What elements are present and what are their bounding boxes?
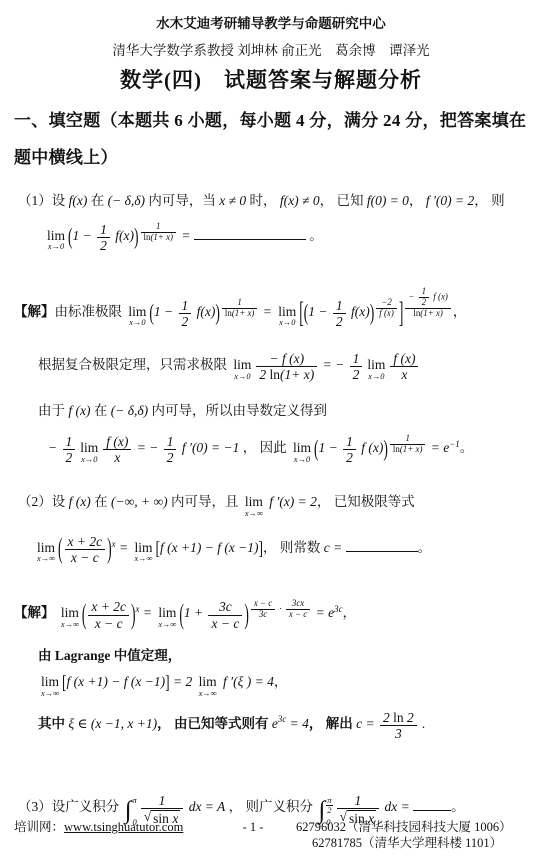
fraction-denominator: 2 (333, 314, 346, 329)
roman-math-run: ln (393, 444, 400, 454)
fraction: 12 (333, 298, 346, 329)
math-run: (− δ,δ) (108, 193, 145, 208)
solution-2-line-2: 由 Lagrange 中值定理， (38, 647, 528, 665)
math-run: 2 (346, 450, 353, 465)
math-run: f ′(ξ ) = 4 (220, 674, 274, 689)
limit-operator: limx→0 (367, 358, 385, 381)
text-run: 内可导，且 (168, 494, 242, 509)
fraction-numerator: 1 (343, 434, 356, 450)
answer-blank (346, 540, 418, 552)
math-run: 2 (404, 710, 414, 725)
big-delimiter: [ (155, 539, 160, 558)
text-run: 由标准极限 (55, 304, 126, 319)
solution-1-line-3: 由于 f (x) 在 (− δ,δ) 内可导，所以由导数定义得到 (38, 402, 528, 420)
math-run: 3c (334, 604, 342, 614)
big-delimiter: ) (244, 600, 249, 628)
limit-operator: limx→∞ (61, 606, 79, 629)
math-run: f ′(0) = 2 (426, 193, 474, 208)
fraction: x + 2cx − c (65, 534, 106, 565)
text-run: ， 因此 (239, 440, 290, 455)
fraction-denominator: ln(1+ x) (222, 309, 258, 319)
big-delimiter: [ (62, 674, 67, 693)
math-run: 1 + (184, 605, 207, 620)
fraction-denominator: 2 (179, 314, 192, 329)
math-run: 1 (346, 434, 353, 449)
answer-blank (194, 228, 306, 240)
problem-2-formula: limx→∞(x + 2cx − c)x = limx→∞[f (x +1) −… (34, 534, 528, 565)
math-run: f (x) (68, 403, 90, 418)
math-run: f(x) (69, 193, 88, 208)
answer-blank (413, 799, 451, 811)
big-delimiter: ) (107, 535, 112, 563)
limit-word: lim (128, 305, 146, 319)
text-run: ， 已知 (320, 193, 367, 208)
math-run: (1+ x) (232, 308, 255, 318)
fraction-numerator: x + 2c (65, 534, 106, 550)
math-run: = − (319, 357, 347, 372)
math-run: f(x) ≠ 0 (280, 193, 320, 208)
math-run: 2 (383, 710, 393, 725)
math-run: = (116, 540, 132, 555)
document-page: 水木艾迪考研辅导教学与命题研究中心 清华大学数学系教授 刘坤林 俞正光 葛余博 … (0, 0, 540, 867)
fraction-denominator: x − c (88, 616, 129, 631)
fraction-denominator: 2 (419, 298, 429, 308)
limit-subscript: x→0 (293, 455, 311, 464)
fraction-denominator: f (x) (376, 309, 397, 319)
fraction: −2f (x) (376, 298, 397, 319)
text-run: 。 (460, 440, 474, 455)
math-run: 1 (182, 298, 189, 313)
fraction: x − c3c (251, 599, 275, 620)
math-run: 2 (100, 238, 107, 253)
big-delimiter: ] (399, 298, 404, 328)
page-footer: 培训网：www.tsinghuatutor.com - 1 - 62796032… (14, 820, 532, 851)
fraction-denominator: x − c (208, 616, 242, 631)
math-run: 1 (100, 222, 107, 237)
footer-phone-2: 62781785（清华大学理科楼 1101） (312, 836, 532, 852)
text-run: ， (409, 193, 426, 208)
limit-operator: limx→∞ (37, 541, 55, 564)
math-run: f (x +1) − f (x −1) (67, 674, 166, 689)
math-run: 1 (159, 793, 166, 808)
superscript: 1ln(1+ x) (220, 298, 260, 319)
big-delimiter: ( (82, 600, 87, 628)
math-run: f ′(0) = −1 (178, 440, 239, 455)
integral-upper-limit: π2 (326, 796, 332, 814)
math-run: 3c (219, 599, 232, 614)
solution-1-line-4: − 12limx→0f (x)x = − 12 f ′(0) = −1 ， 因此… (48, 434, 528, 465)
fraction-denominator: 2 (63, 450, 76, 465)
fraction-denominator: 3c (251, 610, 275, 620)
fraction: 12 (97, 222, 110, 253)
math-run: = e (312, 605, 334, 620)
fraction-denominator: x − c (65, 550, 106, 565)
text-run: 在 (91, 494, 111, 509)
superscript: −1 (449, 440, 459, 449)
big-delimiter: ) (134, 225, 139, 248)
text-run: （2）设 (18, 494, 69, 509)
big-delimiter: ( (149, 301, 154, 324)
fraction: 12 (164, 434, 177, 465)
limit-word: lim (37, 541, 55, 555)
big-delimiter: ] (259, 539, 264, 558)
fraction: 12 (419, 287, 429, 308)
limit-word: lim (47, 229, 65, 243)
math-run: = (178, 228, 194, 243)
math-run: · (277, 604, 284, 614)
math-run: = − (133, 440, 161, 455)
limit-word: lim (61, 606, 79, 620)
math-run: (−∞, + ∞) (111, 494, 168, 509)
limit-subscript: x→0 (128, 318, 146, 327)
text-run: ， (274, 674, 288, 689)
fraction: 1ln(1+ x) (222, 298, 258, 319)
fraction-numerator: 3c (208, 599, 242, 615)
math-run: f (x) (379, 308, 394, 318)
limit-word: lim (278, 305, 296, 319)
fraction: x + 2cx − c (88, 599, 129, 630)
fraction-denominator: 2 (326, 806, 332, 815)
math-run: −2 (381, 297, 391, 307)
math-run: f(0) = 0 (367, 193, 409, 208)
math-run: 2 (327, 805, 331, 815)
math-run: − (408, 292, 416, 302)
solution-2-line-3: limx→∞[f (x +1) − f (x −1)] = 2 limx→∞ f… (38, 673, 528, 698)
problem-2-statement: （2）设 f (x) 在 (−∞, + ∞) 内可导，且 limx→∞ f ′(… (18, 493, 528, 518)
roman-math-run: ln (270, 367, 281, 382)
math-run: f (x) (106, 434, 128, 449)
math-run: 1 (66, 434, 73, 449)
limit-subscript: x→∞ (134, 554, 152, 563)
math-run: ξ ∈ (x −1, x +1) (68, 716, 157, 731)
limit-subscript: x→∞ (245, 509, 263, 518)
limit-word: lim (293, 441, 311, 455)
text-run: ， (453, 304, 467, 319)
fraction-numerator: 1 (179, 298, 192, 314)
math-run: . (419, 716, 426, 731)
fraction: 2 ln 23 (380, 710, 417, 741)
math-run: x + 2c (68, 534, 103, 549)
math-run: dx = A (185, 799, 225, 814)
math-run: f(x) (348, 304, 370, 319)
bold-text-run: 【解】 (14, 605, 58, 620)
fraction: f (x)x (390, 351, 418, 382)
math-run: f (x) (358, 440, 383, 455)
math-run: f(x) (112, 228, 134, 243)
fraction: π2 (326, 796, 332, 814)
math-run: 3cx (292, 598, 304, 608)
math-run: 2 (353, 367, 360, 382)
big-delimiter: ( (58, 535, 63, 563)
limit-word: lim (367, 358, 385, 372)
fraction-denominator: ln(1+ x) (405, 309, 451, 319)
superscript: x − c3c · 3cxx − c (249, 599, 312, 620)
math-run: x − c (254, 598, 272, 608)
fraction-numerator: f (x) (390, 351, 418, 367)
big-delimiter: ] (165, 674, 170, 693)
fraction: − 12 f (x)ln(1+ x) (405, 287, 451, 319)
bold-text-run: 其中 (38, 716, 68, 731)
limit-subscript: x→0 (278, 318, 296, 327)
math-run: 1 (353, 351, 360, 366)
fraction-denominator: 3 (380, 726, 417, 741)
fraction-denominator: 2 (350, 367, 363, 382)
math-run: −1 (449, 439, 459, 449)
math-run: 1 (237, 297, 241, 307)
text-run: 。 (451, 799, 465, 814)
math-run: f (x +1) − f (x −1) (160, 540, 259, 555)
math-run: 3 (395, 726, 402, 741)
limit-operator: limx→∞ (158, 606, 176, 629)
math-run: c = (356, 716, 378, 731)
limit-word: lim (80, 441, 98, 455)
footer-site: 培训网：www.tsinghuatutor.com (14, 820, 210, 851)
fraction-denominator: x (390, 367, 418, 382)
fraction-numerator: 1 (350, 351, 363, 367)
math-run: 1 (422, 286, 426, 296)
text-run: ， (343, 605, 357, 620)
text-run: 。 (306, 228, 323, 243)
limit-operator: limx→0 (47, 229, 65, 252)
math-run: x − c (95, 616, 123, 631)
solution-2-line-1: 【解】 limx→∞(x + 2cx − c)x = limx→∞(1 + 3c… (14, 599, 528, 630)
fraction-numerator: − 12 f (x) (405, 287, 451, 309)
fraction-numerator: 1 (97, 222, 110, 238)
math-run: π (132, 795, 136, 805)
bold-text-run: 由 Lagrange 中值定理， (38, 648, 181, 663)
footer-site-label: 培训网： (14, 820, 64, 834)
math-run: 1 (354, 793, 361, 808)
text-run: 在 (87, 193, 107, 208)
math-run: 1 − (73, 228, 96, 243)
problem-1-statement: （1）设 f(x) 在 (− δ,δ) 内可导，当 x ≠ 0 时， f(x) … (18, 192, 528, 210)
math-run: x − c (289, 609, 307, 619)
big-delimiter: ( (314, 438, 319, 461)
math-run: f (x) (69, 494, 91, 509)
integral-upper-limit: π (132, 796, 136, 805)
page-number: - 1 - (210, 820, 296, 851)
limit-operator: limx→∞ (245, 495, 263, 518)
limit-subscript: x→0 (80, 455, 98, 464)
math-run: = e (427, 440, 449, 455)
text-run: ， 则常数 (263, 540, 324, 555)
math-run: f (x) (431, 292, 448, 302)
math-run: dx = (381, 799, 413, 814)
fraction: 3cx − c (208, 599, 242, 630)
limit-operator: limx→∞ (199, 675, 217, 698)
roman-math-run: ln (225, 308, 232, 318)
big-delimiter: ( (179, 600, 184, 628)
math-run: f ′(x) = 2 (266, 494, 317, 509)
fraction-denominator: 2 (164, 450, 177, 465)
math-run: − (48, 440, 61, 455)
limit-operator: limx→0 (278, 305, 296, 328)
text-run: ， 则 (474, 193, 504, 208)
big-delimiter: ( (68, 225, 73, 248)
math-run: = 2 (170, 674, 196, 689)
fraction-numerator: 1 (337, 793, 380, 809)
limit-operator: limx→0 (293, 441, 311, 464)
limit-operator: limx→∞ (134, 541, 152, 564)
limit-word: lim (233, 358, 251, 372)
math-run: x (401, 367, 407, 382)
math-run: 2 (167, 450, 174, 465)
big-delimiter: ) (131, 600, 136, 628)
math-run: f (x) (393, 351, 415, 366)
fraction-numerator: 1 (141, 793, 184, 809)
big-delimiter: ( (304, 301, 309, 324)
math-run: 1 (405, 433, 409, 443)
math-run: x ≠ 0 (219, 193, 246, 208)
limit-operator: limx→0 (233, 358, 251, 381)
big-delimiter: ) (370, 301, 375, 324)
footer-phone-1: 62796032（清华科技园科技大厦 1006） (296, 820, 532, 836)
math-run: 1 − (319, 440, 342, 455)
fraction: 3cxx − c (286, 599, 310, 620)
fraction: f (x)x (103, 434, 131, 465)
math-run: x − c (71, 550, 99, 565)
math-run: 2 (422, 297, 426, 307)
limit-subscript: x→∞ (199, 689, 217, 698)
text-run: 内可导，所以由导数定义得到 (148, 403, 327, 418)
math-run: x − c (211, 616, 239, 631)
limit-word: lim (158, 606, 176, 620)
limit-operator: limx→0 (80, 441, 98, 464)
math-run: (− δ,δ) (111, 403, 148, 418)
text-run: 由于 (38, 403, 68, 418)
math-run: − f (x) (270, 351, 305, 366)
limit-word: lim (41, 675, 59, 689)
math-run: (1+ x) (150, 232, 173, 242)
math-run: 3c (278, 714, 286, 724)
fraction-denominator: ln(1+ x) (141, 233, 177, 243)
fraction-numerator: x + 2c (88, 599, 129, 615)
authors-line: 清华大学数学系教授 刘坤林 俞正光 葛余博 谭泽光 (14, 39, 528, 59)
fraction: 12 (179, 298, 192, 329)
fraction: 12 (343, 434, 356, 465)
fraction-numerator: 1 (333, 298, 346, 314)
text-run: 内可导，当 (145, 193, 219, 208)
fraction: − f (x)2 ln(1+ x) (256, 351, 317, 382)
math-run: = (259, 304, 275, 319)
fraction-numerator: 1 (63, 434, 76, 450)
fraction-denominator: 2 (97, 238, 110, 253)
footer-site-url[interactable]: www.tsinghuatutor.com (64, 820, 183, 834)
fraction-denominator: 2 (343, 450, 356, 465)
limit-subscript: x→∞ (37, 554, 55, 563)
big-delimiter: ) (215, 301, 220, 324)
superscript: 3c (278, 715, 286, 724)
superscript: 1ln(1+ x) (139, 222, 179, 243)
math-run: (1+ x) (280, 367, 314, 382)
bold-text-run: 【解】 (14, 304, 55, 319)
text-run: （3）设广义积分 (18, 799, 123, 814)
limit-operator: limx→∞ (41, 675, 59, 698)
limit-word: lim (199, 675, 217, 689)
math-run: 2 (259, 367, 269, 382)
fraction-numerator: − f (x) (256, 351, 317, 367)
text-run: ， 已知极限等式 (317, 494, 415, 509)
math-run: = (139, 605, 155, 620)
limit-subscript: x→∞ (158, 620, 176, 629)
text-run: 。 (418, 540, 432, 555)
fraction-numerator: 2 ln 2 (380, 710, 417, 726)
superscript: − 12 f (x)ln(1+ x) (403, 287, 453, 319)
math-run: 3c (259, 609, 267, 619)
big-delimiter: ) (383, 438, 388, 461)
math-run: f(x) (193, 304, 215, 319)
text-run: （1）设 (18, 193, 69, 208)
math-run: x (114, 450, 120, 465)
doc-title: 数学(四) 试题答案与解题分析 (14, 64, 528, 94)
math-run: 1 (336, 298, 343, 313)
limit-word: lim (134, 541, 152, 555)
fraction-denominator: x (103, 450, 131, 465)
math-run: = 4 (286, 716, 309, 731)
math-run: π (327, 795, 331, 805)
text-run: 时， (246, 193, 280, 208)
fraction-denominator: 2 ln(1+ x) (256, 367, 317, 382)
limit-subscript: x→0 (233, 372, 251, 381)
math-run: (1+ x) (420, 308, 443, 318)
fraction: 1ln(1+ x) (390, 434, 426, 455)
superscript: 1ln(1+ x) (388, 434, 428, 455)
math-run: 1 − (308, 304, 331, 319)
math-run: 1 − (154, 304, 177, 319)
superscript: 3c (334, 605, 342, 614)
math-run: 1 (156, 221, 160, 231)
superscript: −2f (x) (374, 298, 399, 319)
fraction: 1ln(1+ x) (141, 222, 177, 243)
fraction: 12 (63, 434, 76, 465)
limit-word: lim (245, 495, 263, 509)
math-run: 1 (167, 434, 174, 449)
integral-sign: ∫ (318, 800, 325, 821)
text-run: ， 则广义积分 (225, 799, 316, 814)
solution-1-line-2: 根据复合极限定理，只需求极限 limx→0− f (x)2 ln(1+ x) =… (38, 351, 528, 382)
fraction-denominator: ln(1+ x) (390, 445, 426, 455)
fraction-numerator: f (x) (103, 434, 131, 450)
roman-math-run: ln (393, 710, 404, 725)
solution-1-line-1: 【解】由标准极限 limx→0(1 − 12 f(x))1ln(1+ x) = … (14, 287, 528, 329)
limit-subscript: x→0 (47, 242, 65, 251)
limit-operator: limx→0 (128, 305, 146, 328)
limit-subscript: x→∞ (41, 689, 59, 698)
problem-1-formula: limx→0(1 − 12 f(x))1ln(1+ x) = 。 (44, 222, 528, 253)
section-heading: 一、填空题（本题共 6 小题，每小题 4 分，满分 24 分，把答案填在题中横线… (14, 102, 528, 176)
math-run: 2 (182, 314, 189, 329)
math-run: 2 (336, 314, 343, 329)
math-run: x + 2c (91, 599, 126, 614)
fraction-denominator: x − c (286, 610, 310, 620)
integral-sign: ∫ (125, 800, 132, 821)
math-run: (1+ x) (400, 444, 423, 454)
fraction-numerator: 1 (164, 434, 177, 450)
fraction: 12 (350, 351, 363, 382)
text-run: 在 (90, 403, 110, 418)
bold-text-run: ， 由已知等式则有 (157, 716, 272, 731)
math-run: 2 (66, 450, 73, 465)
solution-2-line-4: 其中 ξ ∈ (x −1, x +1)， 由已知等式则有 e3c = 4， 解出… (38, 710, 528, 741)
limit-subscript: x→∞ (61, 620, 79, 629)
org-title: 水木艾迪考研辅导教学与命题研究中心 (14, 12, 528, 32)
bold-text-run: ， 解出 (309, 716, 356, 731)
limit-subscript: x→0 (367, 372, 385, 381)
text-run: 根据复合极限定理，只需求极限 (38, 357, 230, 372)
math-run: c = (324, 540, 346, 555)
footer-contacts: 62796032（清华科技园科技大厦 1006） 62781785（清华大学理科… (296, 820, 532, 851)
